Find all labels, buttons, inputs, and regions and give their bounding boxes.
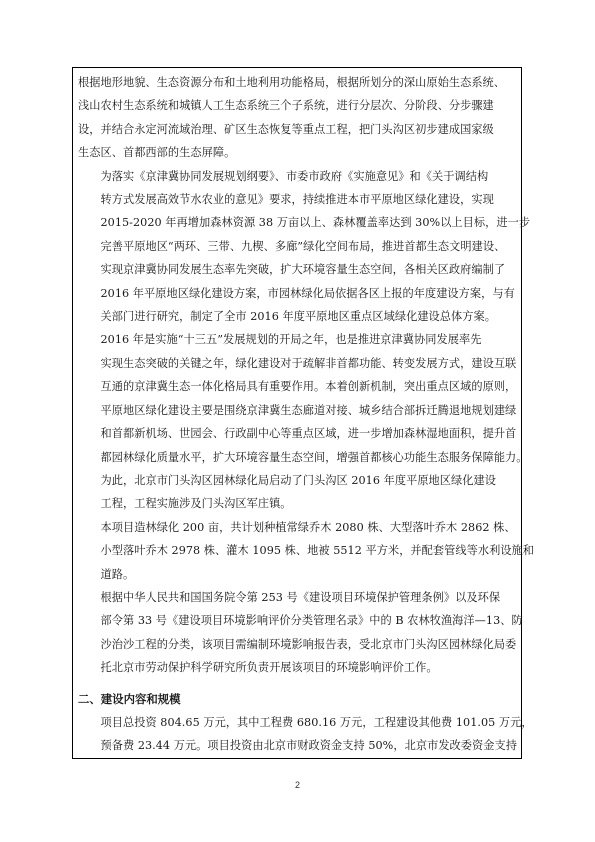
text-line: 设，并结合永定河流域治理、矿区生态恢复等重点工程，把门头沟区初步建成国家级 [78, 118, 518, 141]
paragraph-regulatory-basis: 根据中华人民共和国国务院令第 253 号《建设项目环境保护管理条例》以及环保 部… [78, 586, 518, 680]
text-line: 为落实《京津冀协同发展规划纲要》、市委市政府《实施意见》和《关于调结构 [78, 165, 518, 188]
text-line: 实现京津冀协同发展生态率先突破，扩大环境容量生态空间，各相关区政府编制了 [78, 258, 518, 281]
text-line: 都园林绿化质量水平，扩大环境容量生态空间，增强首都核心功能生态服务保障能力。 [78, 446, 518, 469]
section-heading: 二、建设内容和规模 [78, 688, 518, 711]
text-line: 道路。 [78, 563, 518, 586]
paragraph-planting-scope: 本项目造林绿化 200 亩，共计划种植常绿乔木 2080 株、大型落叶乔木 28… [78, 516, 518, 586]
text-line: 为此，北京市门头沟区园林绿化局启动了门头沟区 2016 年度平原地区绿化建设 [78, 469, 518, 492]
document-body: 根据地形地貌、生态资源分布和土地利用功能格局，根据所划分的深山原始生态系统、 浅… [78, 71, 518, 758]
text-line: 生态区、首都西部的生态屏障。 [78, 141, 518, 164]
paragraph-2016-plan: 2016 年是实施“十三五”发展规划的开局之年，也是推进京津冀协同发展率先 实现… [78, 328, 518, 468]
text-line: 项目总投资 804.65 万元，其中工程费 680.16 万元，工程建设其他费 … [78, 711, 518, 734]
text-line: 小型落叶乔木 2978 株、灌木 1095 株、地被 5512 平方米，并配套管… [78, 539, 518, 562]
page-number: 2 [0, 780, 595, 790]
text-line: 2016 年平原地区绿化建设方案，市园林绿化局依据各区上报的年度建设方案，与有 [78, 282, 518, 305]
text-line: 浅山农村生态系统和城镇人工生态系统三个子系统，进行分层次、分阶段、分步骤建 [78, 94, 518, 117]
text-line: 本项目造林绿化 200 亩，共计划种植常绿乔木 2080 株、大型落叶乔木 28… [78, 516, 518, 539]
text-line: 2016 年是实施“十三五”发展规划的开局之年，也是推进京津冀协同发展率先 [78, 328, 518, 351]
text-line: 托北京市劳动保护科学研究所负责开展该项目的环境影响评价工作。 [78, 656, 518, 679]
text-line: 互通的京津冀生态一体化格局具有重要作用。本着创新机制，突出重点区域的原则， [78, 375, 518, 398]
paragraph-ecological-zones: 根据地形地貌、生态资源分布和土地利用功能格局，根据所划分的深山原始生态系统、 浅… [78, 71, 518, 165]
text-line: 平原地区绿化建设主要是围绕京津冀生态廊道对接、城乡结合部拆迁腾退地规划建绿 [78, 399, 518, 422]
paragraph-investment: 项目总投资 804.65 万元，其中工程费 680.16 万元，工程建设其他费 … [78, 711, 518, 758]
text-line: 实现生态突破的关键之年，绿化建设对于疏解非首都功能、转变发展方式，建设互联 [78, 352, 518, 375]
text-line: 预备费 23.44 万元。项目投资由北京市财政资金支持 50%，北京市发改委资金… [78, 734, 518, 757]
text-line: 和首都新机场、世园会、行政副中心等重点区域，进一步增加森林湿地面积，提升首 [78, 422, 518, 445]
text-line: 转方式发展高效节水农业的意见》要求，持续推进本市平原地区绿化建设，实现 [78, 188, 518, 211]
text-line: 完善平原地区“两环、三带、九楔、多廊”绿化空间布局，推进首都生态文明建设、 [78, 235, 518, 258]
text-line: 沙治沙工程的分类，该项目需编制环境影响报告表，受北京市门头沟区园林绿化局委 [78, 633, 518, 656]
text-line: 2015-2020 年再增加森林资源 38 万亩以上、森林覆盖率达到 30%以上… [78, 211, 518, 234]
paragraph-policy-background: 为落实《京津冀协同发展规划纲要》、市委市政府《实施意见》和《关于调结构 转方式发… [78, 165, 518, 329]
paragraph-project-launch: 为此，北京市门头沟区园林绿化局启动了门头沟区 2016 年度平原地区绿化建设 工… [78, 469, 518, 516]
text-line: 关部门进行研究，制定了全市 2016 年度平原地区重点区域绿化建设总体方案。 [78, 305, 518, 328]
text-line: 根据地形地貌、生态资源分布和土地利用功能格局，根据所划分的深山原始生态系统、 [78, 71, 518, 94]
text-line: 部令第 33 号《建设项目环境影响评价分类管理名录》中的 B 农林牧渔海洋—13… [78, 609, 518, 632]
text-line: 工程，工程实施涉及门头沟区军庄镇。 [78, 492, 518, 515]
text-line: 根据中华人民共和国国务院令第 253 号《建设项目环境保护管理条例》以及环保 [78, 586, 518, 609]
